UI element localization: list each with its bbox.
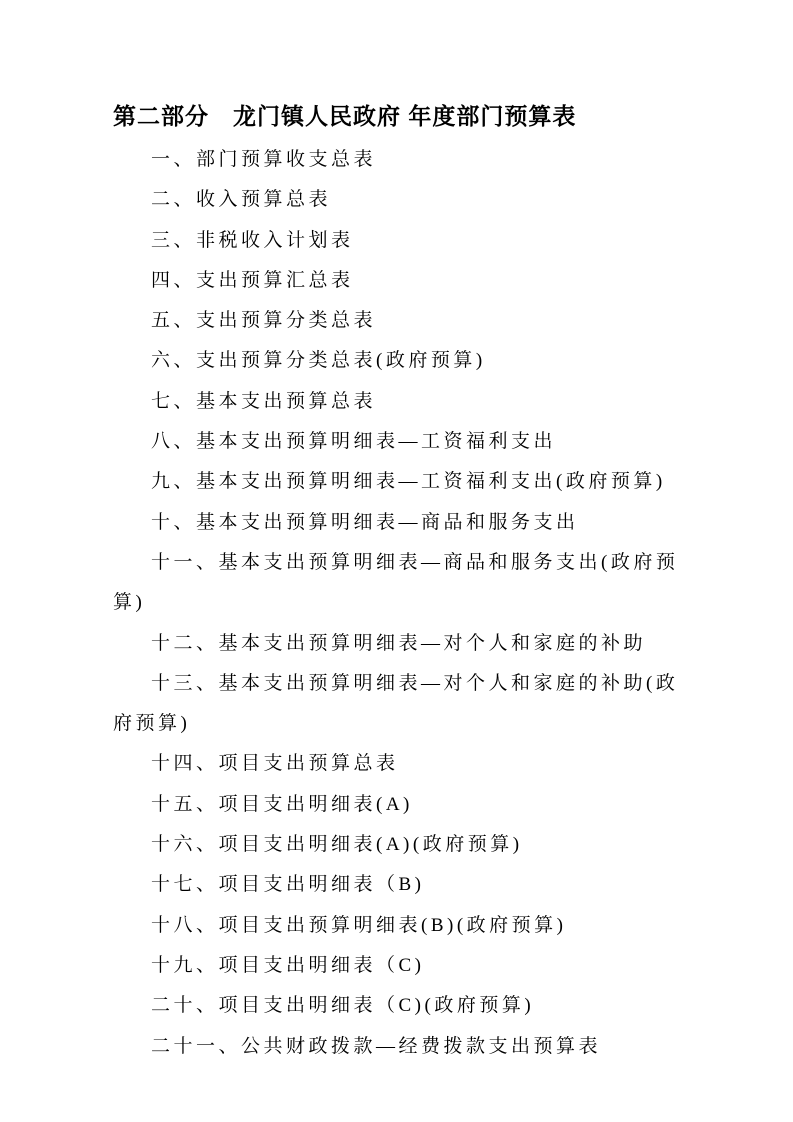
toc-item-18: 十八、项目支出预算明细表(B)(政府预算): [113, 906, 690, 946]
toc-item-12: 十二、基本支出预算明细表—对个人和家庭的补助: [113, 624, 690, 664]
toc-item-14: 十四、项目支出预算总表: [113, 744, 690, 784]
toc-item-9: 九、基本支出预算明细表—工资福利支出(政府预算): [113, 462, 690, 502]
toc-item-1: 一、部门预算收支总表: [113, 140, 690, 180]
toc-item-6: 六、支出预算分类总表(政府预算): [113, 341, 690, 381]
toc-item-21: 二十一、公共财政拨款—经费拨款支出预算表: [113, 1027, 690, 1067]
toc-item-5: 五、支出预算分类总表: [113, 301, 690, 341]
toc-item-11: 十一、基本支出预算明细表—商品和服务支出(政府预算): [113, 543, 690, 624]
toc-item-13: 十三、基本支出预算明细表—对个人和家庭的补助(政府预算): [113, 664, 690, 745]
document-content: 第二部分 龙门镇人民政府 年度部门预算表 一、部门预算收支总表 二、收入预算总表…: [113, 96, 690, 1067]
toc-item-4: 四、支出预算汇总表: [113, 261, 690, 301]
toc-item-19: 十九、项目支出明细表（C): [113, 946, 690, 986]
toc-item-15: 十五、项目支出明细表(A): [113, 785, 690, 825]
toc-item-10: 十、基本支出预算明细表—商品和服务支出: [113, 503, 690, 543]
document-page: 第二部分 龙门镇人民政府 年度部门预算表 一、部门预算收支总表 二、收入预算总表…: [0, 0, 793, 1122]
page-title: 第二部分 龙门镇人民政府 年度部门预算表: [113, 96, 690, 136]
toc-item-20: 二十、项目支出明细表（C)(政府预算): [113, 986, 690, 1026]
toc-list: 一、部门预算收支总表 二、收入预算总表 三、非税收入计划表 四、支出预算汇总表 …: [113, 140, 690, 1067]
toc-item-17: 十七、项目支出明细表（B): [113, 865, 690, 905]
toc-item-3: 三、非税收入计划表: [113, 221, 690, 261]
toc-item-2: 二、收入预算总表: [113, 180, 690, 220]
toc-item-7: 七、基本支出预算总表: [113, 382, 690, 422]
toc-item-8: 八、基本支出预算明细表—工资福利支出: [113, 422, 690, 462]
toc-item-16: 十六、项目支出明细表(A)(政府预算): [113, 825, 690, 865]
